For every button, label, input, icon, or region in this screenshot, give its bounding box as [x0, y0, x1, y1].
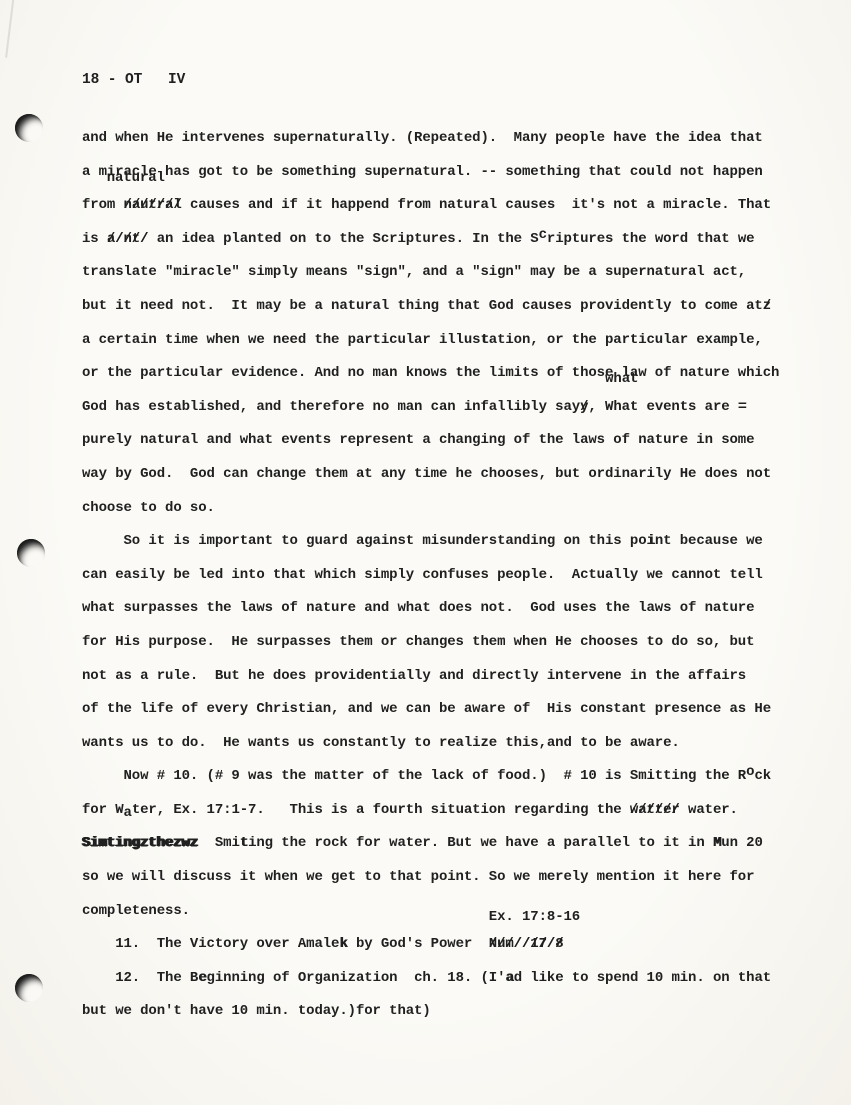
typed-segment: of the life of every Christian, and we c… [82, 701, 771, 717]
text-line: way by God. God can change them at any t… [82, 458, 779, 492]
text-line: can easily be led into that which simply… [82, 559, 779, 593]
typed-segment: an idea planted on to the Scriptures. In… [148, 231, 538, 247]
text-line: for His purpose. He surpasses them or ch… [82, 626, 779, 660]
struck-text: nautral [124, 189, 182, 223]
typed-segment: a [124, 805, 132, 821]
document-page: 18 - OT IV and when He intervenes supern… [0, 0, 851, 1105]
typed-segment: ginning of Organization ch. 18. (I' [207, 970, 506, 986]
text-line: or the particular evidence. And no man k… [82, 357, 779, 391]
text-line: completeness. [82, 895, 779, 929]
typed-segment: e [198, 970, 206, 986]
typed-segment: Simtingzthezwz [82, 835, 198, 851]
typed-segment: for W [82, 802, 124, 818]
struck-text: a/nt/ [107, 223, 149, 257]
typed-segment: So it is important to guard against misu… [82, 533, 647, 549]
typed-segment: , [588, 399, 596, 415]
typed-segment: so we will discuss it when we get to tha… [82, 869, 754, 885]
typed-segment: Now # 10. (# 9 was the matter of the lac… [82, 768, 746, 784]
typed-segment: God has established, and therefore no ma… [82, 399, 580, 415]
text-line: what surpasses the laws of nature and wh… [82, 592, 779, 626]
typed-segment: completeness. [82, 903, 190, 919]
typed-segment: purely natural and what events represent… [82, 432, 754, 448]
text-line: choose to do so. [82, 492, 779, 526]
typed-segment: d like to spend 10 min. on that [514, 970, 771, 986]
typed-segment: ation, or the particular example, [489, 332, 763, 348]
struck-text: watter [630, 794, 680, 828]
text-line: Simtingzthezwz Smiting the rock for wate… [82, 827, 779, 861]
text-line: purely natural and what events represent… [82, 424, 779, 458]
text-line: 12. The Beginning of Organization ch. 18… [82, 962, 779, 996]
text-line: from naturalnautral causes and if it hap… [82, 189, 779, 223]
typed-segment: water. [680, 802, 738, 818]
typed-segment: a miracle has got to be something supern… [82, 164, 763, 180]
hole-punch-icon [13, 535, 48, 570]
typed-segment: riptures the word that we [547, 231, 755, 247]
typed-segment: a [505, 970, 513, 986]
typed-segment: by God's Power [348, 936, 489, 952]
text-line: translate "miracle" simply means "sign",… [82, 256, 779, 290]
text-line: So it is important to guard against misu… [82, 525, 779, 559]
typed-segment: or the particular evidence. And no man k… [82, 365, 779, 381]
typed-segment: but we don't have 10 min. today.)for tha… [82, 1003, 431, 1019]
struck-text: Num//17/8 [489, 928, 564, 962]
typed-segment: t [240, 835, 248, 851]
typed-segment: is [82, 231, 107, 247]
typed-segment: translate "miracle" simply means "sign",… [82, 264, 746, 280]
typed-segment: wants us to do. He wants us constantly t… [82, 735, 680, 751]
text-line: but it need not. It may be a natural thi… [82, 290, 779, 324]
typed-segment: nt because we [655, 533, 763, 549]
typed-segment: o [746, 764, 754, 780]
typed-segment: for His purpose. He surpasses them or ch… [82, 634, 754, 650]
text-line: 11. The Victory over Amalek by God's Pow… [82, 928, 779, 962]
typed-segment: 11. The Victory over Amale [82, 936, 339, 952]
text-line: so we will discuss it when we get to tha… [82, 861, 779, 895]
text-line: is a/nt/ an idea planted on to the Scrip… [82, 223, 779, 257]
page-header: 18 - OT IV [82, 72, 185, 88]
text-line: Now # 10. (# 9 was the matter of the lac… [82, 760, 779, 794]
text-line: a miracle has got to be something supern… [82, 156, 779, 190]
typed-segment: choose to do so. [82, 500, 215, 516]
typed-segment: i [647, 533, 655, 549]
typed-text-body: and when He intervenes supernaturally. (… [82, 122, 779, 1029]
text-line: but we don't have 10 min. today.)for tha… [82, 995, 779, 1029]
struck-text: y [580, 391, 588, 425]
typed-segment: = [738, 399, 746, 415]
typed-segment: a certain time when we need the particul… [82, 332, 480, 348]
typed-segment: un 20 [721, 835, 763, 851]
struck-text: z [763, 290, 771, 324]
hole-punch-icon [15, 114, 43, 142]
text-line: of the life of every Christian, and we c… [82, 693, 779, 727]
typed-segment: way by God. God can change them at any t… [82, 466, 771, 482]
typed-segment: ck [754, 768, 771, 784]
text-line: and when He intervenes supernaturally. (… [82, 122, 779, 156]
typed-segment: c [539, 227, 547, 243]
text-line: God has established, and therefore no ma… [82, 391, 779, 425]
text-line: wants us to do. He wants us constantly t… [82, 727, 779, 761]
hole-punch-icon [13, 972, 45, 1004]
typed-segment: k [339, 936, 347, 952]
scan-artifact [5, 0, 15, 58]
text-line: not as a rule. But he does providentiall… [82, 660, 779, 694]
typed-segment: 12. The B [82, 970, 198, 986]
typed-segment: not as a rule. But he does providentiall… [82, 668, 746, 684]
typed-segment: but it need not. It may be a natural thi… [82, 298, 763, 314]
typed-segment: what surpasses the laws of nature and wh… [82, 600, 754, 616]
text-line: for Water, Ex. 17:1-7. This is a fourth … [82, 794, 779, 828]
typed-segment: t [480, 332, 488, 348]
typed-segment: Smi [198, 835, 240, 851]
typed-segment: causes and if it happend from natural ca… [182, 197, 771, 213]
text-line: a certain time when we need the particul… [82, 324, 779, 358]
typed-segment: can easily be led into that which simply… [82, 567, 763, 583]
typed-segment: from [82, 197, 124, 213]
typed-segment: ing the rock for water. But we have a pa… [248, 835, 713, 851]
typed-segment: and when He intervenes supernaturally. (… [82, 130, 763, 146]
typed-segment: What events are [597, 399, 738, 415]
typed-segment: ter, Ex. 17:1-7. This is a fourth situat… [132, 802, 630, 818]
